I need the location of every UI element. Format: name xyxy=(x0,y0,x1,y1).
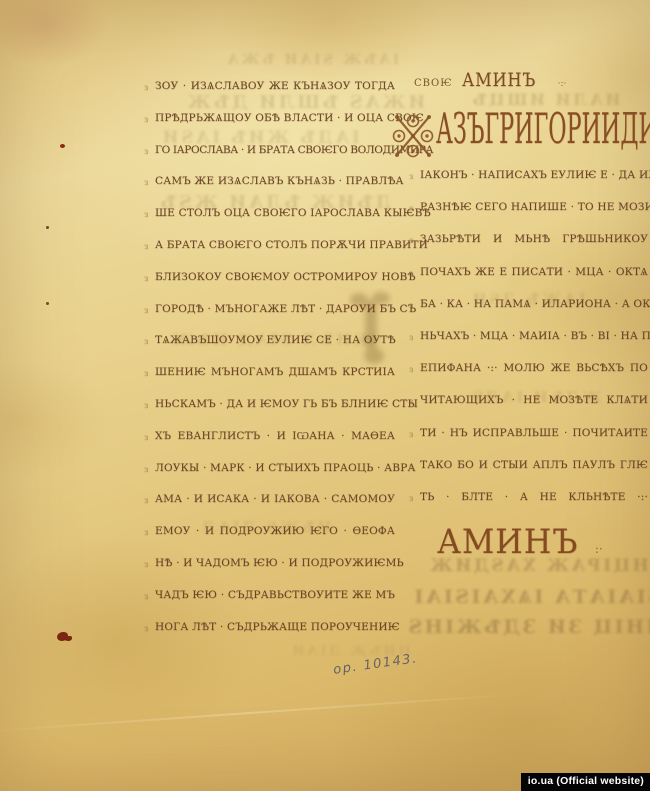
line-mark: з xyxy=(409,461,413,473)
line-mark: з xyxy=(144,82,148,94)
manuscript-line: зПОЧАХЪ ЖЕ Е ПИСАТИ · МЦА · ОКТѦ xyxy=(420,266,648,280)
line-mark: з xyxy=(144,336,148,348)
closing-amen-text: АМИНЪ xyxy=(437,522,578,562)
manuscript-line: зЧАДЪ ѤЮ · СЪДРАВЬСТВОУИТЕ ЖЕ МЪ xyxy=(155,589,395,603)
punctuation: :· xyxy=(595,542,603,556)
colophon-intro-line: СВОѤ АМИНЪ ·:· xyxy=(414,69,566,91)
intro-amen: АМИНЪ xyxy=(462,69,536,91)
ink-speck xyxy=(46,302,49,305)
manuscript-line: зГОРОДѢ · МЪНОГАЖЕ ЛѢТ · ДАРОУИ БЪ СЪ xyxy=(155,303,395,317)
manuscript-line: зТѦЖАВЪШОУМОУ ЕУЛИѤ СЕ · НА ОУТѢ xyxy=(155,334,395,348)
line-mark: з xyxy=(409,493,413,505)
line-mark: з xyxy=(144,432,148,444)
manuscript-line: зХЪ ЕВАНГЛИСТЪ · И ІѠАНА · МАѲЕА xyxy=(155,430,395,444)
manuscript-line: зЗАЗЬРѢТИ И МЬНѢ ГРѢШЬНИКОУ xyxy=(420,233,648,247)
line-mark: з xyxy=(144,591,148,603)
manuscript-line: зАМА · И ИСАКА · И ІАКОВА · САМОМОУ xyxy=(155,493,395,507)
manuscript-line: зА БРАТА СВОѤГО СТОЛЪ ПОРѪЧИ ПРАВИТИ xyxy=(155,239,395,253)
manuscript-line: зГО ІАРОСЛАВА · И БРАТА СВОѤГО ВОЛОДИМИР… xyxy=(155,144,395,158)
colophon-closing-amen: АМИНЪ :· xyxy=(437,522,603,562)
ink-speck xyxy=(60,144,65,148)
line-mark: з xyxy=(409,203,413,215)
manuscript-line: зБА · КА · НА ПАМѦ · ИЛАРИОНА · А ОКО xyxy=(420,298,648,312)
ink-speck xyxy=(46,226,49,229)
intro-word: СВОѤ xyxy=(414,78,453,89)
manuscript-line: зСАМЪ ЖЕ ИЗѦСЛАВЪ КЪНѦЗЬ · ПРАВЛѢА xyxy=(155,175,395,189)
parchment-crease xyxy=(0,692,529,733)
line-mark: з xyxy=(409,429,413,441)
cross-rosette-icon xyxy=(390,108,436,164)
line-mark: з xyxy=(144,209,148,221)
line-mark: з xyxy=(409,300,413,312)
ghost-text-line: ІЅІАІАТА ІѦХАІЅІАІ xyxy=(412,586,650,609)
punctuation: ·:· xyxy=(558,79,567,89)
manuscript-line: зНѢ · И ЧАДОМЪ ѤЮ · И ПОДРОУЖИѤМЬ xyxy=(155,557,395,571)
line-mark: з xyxy=(409,396,413,408)
manuscript-line: зЕПИФАНА ·:· МОЛЮ ЖЕ ВЬСѢХЪ ПО xyxy=(420,362,648,376)
line-mark: з xyxy=(144,368,148,380)
line-mark: з xyxy=(144,495,148,507)
manuscript-line: зНЬСКАМЪ · ДА И ѤМОУ ГЬ БЪ БЛНИѤ СТЫ xyxy=(155,398,395,412)
line-mark: з xyxy=(144,114,148,126)
manuscript-line: зТИ · НЪ ИСПРАВЛЬШЕ · ПОЧИТАИТЕ xyxy=(420,427,648,441)
manuscript-line: зРАЗНѢѤ СЕГО НАПИШЕ · ТО НЕ МОЗИ xyxy=(420,201,648,215)
bleed-stain xyxy=(348,288,394,374)
line-mark: з xyxy=(144,464,148,476)
line-mark: з xyxy=(144,559,148,571)
line-mark: з xyxy=(144,241,148,253)
manuscript-photo: ІАѢЖ ЅІАИ ѢЖА ИЖАЅ ѢШЛИ ДѢЖ ІАДѢ ЖИѢ ІАЅ… xyxy=(0,0,650,791)
line-mark: з xyxy=(144,146,148,158)
manuscript-line: зШЕНИѤ МЪНОГАМЪ ДШАМЪ КРСТИІА xyxy=(155,366,395,380)
line-mark: з xyxy=(409,364,413,376)
heading-text: АЗЪГРИГОРИИДИ xyxy=(436,104,650,154)
line-mark: з xyxy=(144,305,148,317)
manuscript-line: зНОГА ЛѢТ · СЪДРЬЖАЩЕ ПОРОУЧЕНИѤ xyxy=(155,621,395,635)
manuscript-line: зЛОУКЫ · МАРК · И СТЫИХЪ ПРАОЦЬ · АВРА xyxy=(155,462,395,476)
line-mark: з xyxy=(409,332,413,344)
ghost-text-line: ГІЖИНІЦ ЗИ ЗДѢЖІНЅ xyxy=(406,616,650,638)
line-mark: з xyxy=(409,171,413,183)
line-mark: з xyxy=(144,623,148,635)
manuscript-line: зШЕ СТОЛЪ ОЦА СВОѤГО ІАРОСЛАВА КЫѤВѢ xyxy=(155,207,395,221)
manuscript-line: зЗОУ · ИЗѦСЛАВОУ ЖЕ КЪНѦЗОУ ТОГДА xyxy=(155,80,395,94)
line-mark: з xyxy=(144,527,148,539)
manuscript-line: зТЬ · БЛТЕ · А НЕ КЛЬНѢТЕ ·:· xyxy=(420,491,648,505)
ink-blot xyxy=(57,632,68,641)
line-mark: з xyxy=(409,235,413,247)
line-mark: з xyxy=(144,177,148,189)
manuscript-line: зТАКО БО И СТЫИ АПЛЪ ПАУЛЪ ГЛѤ xyxy=(420,459,648,473)
manuscript-line: зЕМОУ · И ПОДРОУЖИЮ ѤГО · ѲЕОФА xyxy=(155,525,395,539)
watermark-caption: io.ua (Official website) xyxy=(521,773,650,791)
manuscript-line: зНЬЧАХЪ · МЦА · МАИІА · ВЪ · ВІ · НА ПАМ… xyxy=(420,330,648,344)
manuscript-line: зЧИТАЮЩИХЪ · НЕ МОЗѢТЕ КЛѦТИ xyxy=(420,394,648,408)
manuscript-line: зІАКОНЪ · НАПИСАХЪ ЕУЛИѤ Е · ДА ИЖЕ ГО xyxy=(420,169,648,183)
ghost-text-line: ІАѢЖ ЅІАИ ѢЖА xyxy=(225,52,399,68)
manuscript-line: зПРѢДРЬЖѦЩОУ ОБѢ ВЛАСТИ · И ОЦА СВОѤ xyxy=(155,112,395,126)
colophon-heading: АЗЪГРИГОРИИДИ xyxy=(390,104,650,164)
line-mark: з xyxy=(144,400,148,412)
line-mark: з xyxy=(144,273,148,285)
line-mark: з xyxy=(409,268,413,280)
manuscript-line: зБЛИЗОКОУ СВОѤМОУ ОСТРОМИРОУ НОВѢ xyxy=(155,271,395,285)
